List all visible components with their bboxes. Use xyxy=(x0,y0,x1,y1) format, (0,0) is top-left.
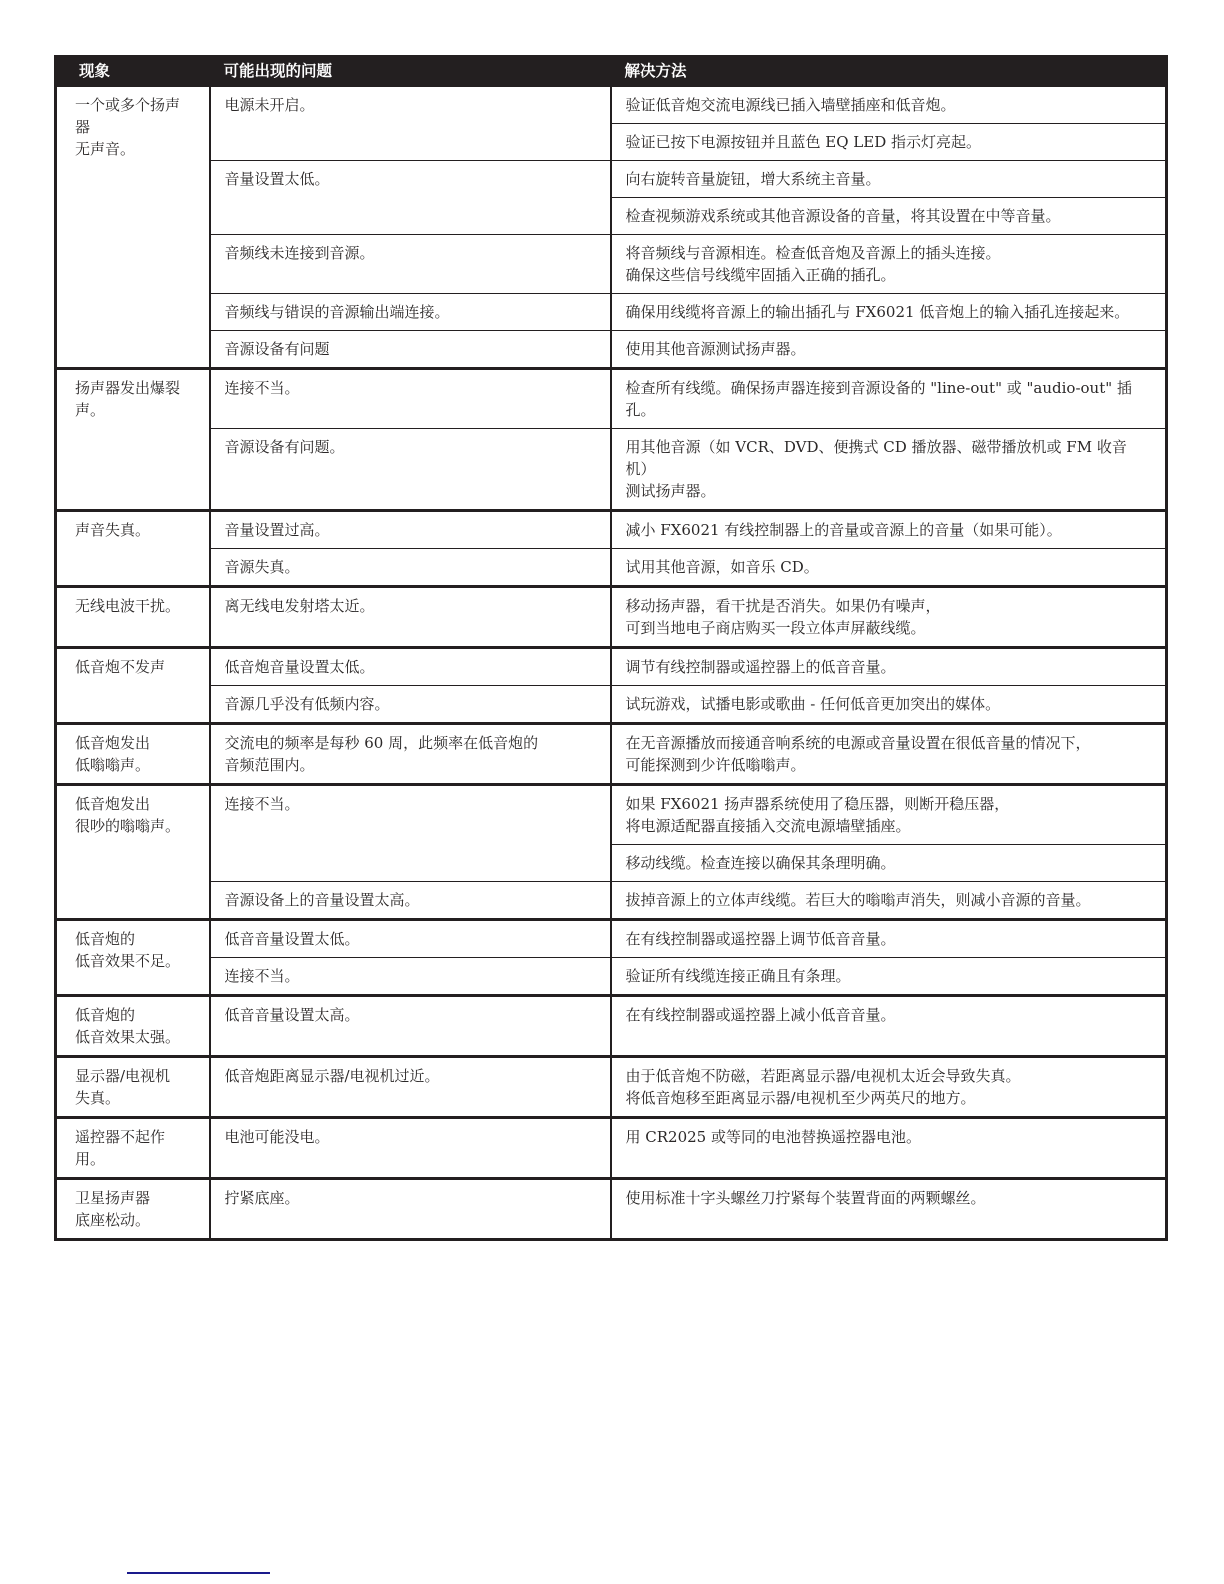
table-row: 卫星扬声器 底座松动。拧紧底座。使用标准十字头螺丝刀拧紧每个装置背面的两颗螺丝。 xyxy=(56,1179,1167,1240)
problem-cell: 电池可能没电。 xyxy=(210,1118,611,1179)
solution-cell: 移动扬声器，看干扰是否消失。如果仍有噪声， 可到当地电子商店购买一段立体声屏蔽线… xyxy=(611,587,1167,648)
table-row: 音频线未连接到音源。将音频线与音源相连。检查低音炮及音源上的插头连接。 确保这些… xyxy=(56,235,1167,294)
table-row: 音源设备上的音量设置太高。拔掉音源上的立体声线缆。若巨大的嗡嗡声消失，则减小音源… xyxy=(56,882,1167,920)
problem-cell: 连接不当。 xyxy=(210,958,611,996)
symptom-cell: 遥控器不起作用。 xyxy=(56,1118,210,1179)
problem-cell: 连接不当。 xyxy=(210,785,611,882)
solution-cell: 试用其他音源，如音乐 CD。 xyxy=(611,549,1167,587)
symptom-cell: 卫星扬声器 底座松动。 xyxy=(56,1179,210,1240)
solution-cell: 向右旋转音量旋钮，增大系统主音量。 xyxy=(611,161,1167,198)
problem-cell: 离无线电发射塔太近。 xyxy=(210,587,611,648)
problem-cell: 音源设备上的音量设置太高。 xyxy=(210,882,611,920)
troubleshooting-table-container: 现象 可能出现的问题 解决方法 一个或多个扬声器 无声音。电源未开启。验证低音炮… xyxy=(54,55,1168,1241)
problem-cell: 音量设置过高。 xyxy=(210,511,611,549)
solution-cell: 用其他音源（如 VCR、DVD、便携式 CD 播放器、磁带播放机或 FM 收音机… xyxy=(611,429,1167,511)
solution-cell: 将音频线与音源相连。检查低音炮及音源上的插头连接。 确保这些信号线缆牢固插入正确… xyxy=(611,235,1167,294)
footer-link-line xyxy=(127,1572,270,1574)
table-row: 低音炮不发声低音炮音量设置太低。调节有线控制器或遥控器上的低音音量。 xyxy=(56,648,1167,686)
solution-cell: 检查所有线缆。确保扬声器连接到音源设备的 "line-out" 或 "audio… xyxy=(611,369,1167,429)
symptom-cell: 低音炮发出 很吵的嗡嗡声。 xyxy=(56,785,210,920)
symptom-cell: 一个或多个扬声器 无声音。 xyxy=(56,86,210,369)
solution-cell: 使用其他音源测试扬声器。 xyxy=(611,331,1167,369)
table-row: 音频线与错误的音源输出端连接。确保用线缆将音源上的输出插孔与 FX6021 低音… xyxy=(56,294,1167,331)
solution-cell: 检查视频游戏系统或其他音源设备的音量，将其设置在中等音量。 xyxy=(611,198,1167,235)
table-row: 低音炮发出 低嗡嗡声。交流电的频率是每秒 60 周，此频率在低音炮的 音频范围内… xyxy=(56,724,1167,785)
table-row: 遥控器不起作用。电池可能没电。用 CR2025 或等同的电池替换遥控器电池。 xyxy=(56,1118,1167,1179)
problem-cell: 音源几乎没有低频内容。 xyxy=(210,686,611,724)
solution-cell: 在有线控制器或遥控器上减小低音音量。 xyxy=(611,996,1167,1057)
table-row: 音源设备有问题。用其他音源（如 VCR、DVD、便携式 CD 播放器、磁带播放机… xyxy=(56,429,1167,511)
symptom-cell: 扬声器发出爆裂声。 xyxy=(56,369,210,511)
solution-cell: 由于低音炮不防磁，若距离显示器/电视机太近会导致失真。 将低音炮移至距离显示器/… xyxy=(611,1057,1167,1118)
solution-cell: 如果 FX6021 扬声器系统使用了稳压器，则断开稳压器， 将电源适配器直接插入… xyxy=(611,785,1167,845)
troubleshooting-table: 现象 可能出现的问题 解决方法 一个或多个扬声器 无声音。电源未开启。验证低音炮… xyxy=(54,55,1168,1241)
problem-cell: 音频线未连接到音源。 xyxy=(210,235,611,294)
table-row: 低音炮发出 很吵的嗡嗡声。连接不当。如果 FX6021 扬声器系统使用了稳压器，… xyxy=(56,785,1167,845)
table-row: 低音炮的 低音效果不足。低音音量设置太低。在有线控制器或遥控器上调节低音音量。 xyxy=(56,920,1167,958)
symptom-cell: 低音炮的 低音效果不足。 xyxy=(56,920,210,996)
header-symptom: 现象 xyxy=(56,57,210,86)
problem-cell: 音源失真。 xyxy=(210,549,611,587)
table-row: 音源几乎没有低频内容。试玩游戏，试播电影或歌曲 - 任何低音更加突出的媒体。 xyxy=(56,686,1167,724)
table-row: 无线电波干扰。离无线电发射塔太近。移动扬声器，看干扰是否消失。如果仍有噪声， 可… xyxy=(56,587,1167,648)
problem-cell: 音源设备有问题。 xyxy=(210,429,611,511)
solution-cell: 用 CR2025 或等同的电池替换遥控器电池。 xyxy=(611,1118,1167,1179)
solution-cell: 使用标准十字头螺丝刀拧紧每个装置背面的两颗螺丝。 xyxy=(611,1179,1167,1240)
table-row: 一个或多个扬声器 无声音。电源未开启。验证低音炮交流电源线已插入墙壁插座和低音炮… xyxy=(56,86,1167,124)
problem-cell: 音源设备有问题 xyxy=(210,331,611,369)
problem-cell: 电源未开启。 xyxy=(210,86,611,161)
symptom-cell: 低音炮发出 低嗡嗡声。 xyxy=(56,724,210,785)
table-row: 低音炮的 低音效果太强。低音音量设置太高。在有线控制器或遥控器上减小低音音量。 xyxy=(56,996,1167,1057)
symptom-cell: 低音炮的 低音效果太强。 xyxy=(56,996,210,1057)
problem-cell: 交流电的频率是每秒 60 周，此频率在低音炮的 音频范围内。 xyxy=(210,724,611,785)
problem-cell: 音频线与错误的音源输出端连接。 xyxy=(210,294,611,331)
solution-cell: 拔掉音源上的立体声线缆。若巨大的嗡嗡声消失，则减小音源的音量。 xyxy=(611,882,1167,920)
table-row: 声音失真。音量设置过高。减小 FX6021 有线控制器上的音量或音源上的音量（如… xyxy=(56,511,1167,549)
table-body: 一个或多个扬声器 无声音。电源未开启。验证低音炮交流电源线已插入墙壁插座和低音炮… xyxy=(56,86,1167,1240)
table-row: 连接不当。验证所有线缆连接正确且有条理。 xyxy=(56,958,1167,996)
solution-cell: 减小 FX6021 有线控制器上的音量或音源上的音量（如果可能）。 xyxy=(611,511,1167,549)
problem-cell: 连接不当。 xyxy=(210,369,611,429)
header-row: 现象 可能出现的问题 解决方法 xyxy=(56,57,1167,86)
symptom-cell: 声音失真。 xyxy=(56,511,210,587)
solution-cell: 在无音源播放而接通音响系统的电源或音量设置在很低音量的情况下， 可能探测到少许低… xyxy=(611,724,1167,785)
header-solution: 解决方法 xyxy=(611,57,1167,86)
problem-cell: 音量设置太低。 xyxy=(210,161,611,235)
table-row: 音源失真。试用其他音源，如音乐 CD。 xyxy=(56,549,1167,587)
symptom-cell: 显示器/电视机 失真。 xyxy=(56,1057,210,1118)
table-row: 音量设置太低。向右旋转音量旋钮，增大系统主音量。 xyxy=(56,161,1167,198)
table-row: 扬声器发出爆裂声。连接不当。检查所有线缆。确保扬声器连接到音源设备的 "line… xyxy=(56,369,1167,429)
solution-cell: 移动线缆。检查连接以确保其条理明确。 xyxy=(611,845,1167,882)
table-row: 显示器/电视机 失真。低音炮距离显示器/电视机过近。由于低音炮不防磁，若距离显示… xyxy=(56,1057,1167,1118)
symptom-cell: 低音炮不发声 xyxy=(56,648,210,724)
solution-cell: 确保用线缆将音源上的输出插孔与 FX6021 低音炮上的输入插孔连接起来。 xyxy=(611,294,1167,331)
solution-cell: 验证已按下电源按钮并且蓝色 EQ LED 指示灯亮起。 xyxy=(611,124,1167,161)
solution-cell: 验证低音炮交流电源线已插入墙壁插座和低音炮。 xyxy=(611,86,1167,124)
problem-cell: 低音炮音量设置太低。 xyxy=(210,648,611,686)
solution-cell: 试玩游戏，试播电影或歌曲 - 任何低音更加突出的媒体。 xyxy=(611,686,1167,724)
problem-cell: 低音炮距离显示器/电视机过近。 xyxy=(210,1057,611,1118)
problem-cell: 拧紧底座。 xyxy=(210,1179,611,1240)
table-row: 音源设备有问题使用其他音源测试扬声器。 xyxy=(56,331,1167,369)
header-problem: 可能出现的问题 xyxy=(210,57,611,86)
symptom-cell: 无线电波干扰。 xyxy=(56,587,210,648)
solution-cell: 在有线控制器或遥控器上调节低音音量。 xyxy=(611,920,1167,958)
solution-cell: 调节有线控制器或遥控器上的低音音量。 xyxy=(611,648,1167,686)
solution-cell: 验证所有线缆连接正确且有条理。 xyxy=(611,958,1167,996)
problem-cell: 低音音量设置太高。 xyxy=(210,996,611,1057)
problem-cell: 低音音量设置太低。 xyxy=(210,920,611,958)
